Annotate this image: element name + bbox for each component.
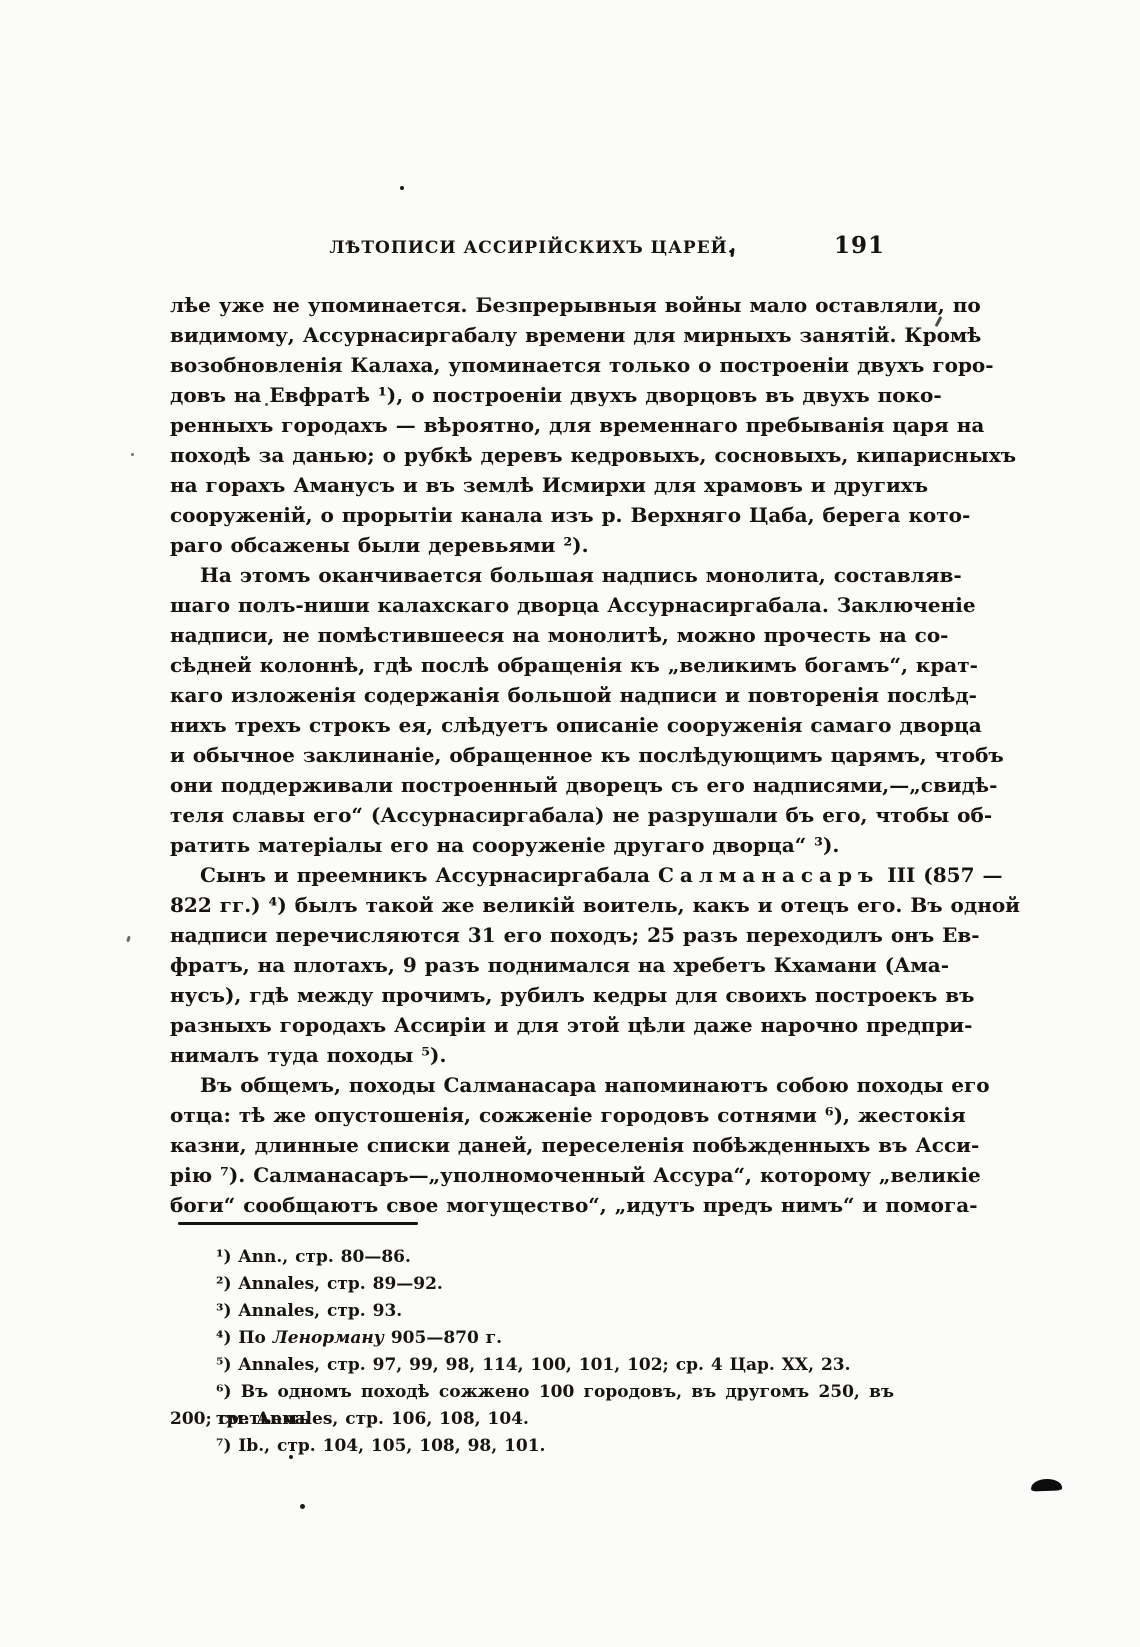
text-line: надписи, не помѣстившееся на монолитѣ, м… [170, 620, 894, 650]
text-segment: Салманасаръ [658, 863, 879, 887]
footnote-line: ⁶) Въ одномъ походѣ сожжено 100 городовъ… [170, 1379, 894, 1406]
text-line: возобновленія Калаха, упоминается только… [170, 350, 894, 380]
scan-speck [126, 936, 131, 943]
text-line: нималъ туда походы ⁵). [170, 1040, 894, 1070]
ink-blot [1031, 1478, 1062, 1491]
text-line: каго изложенія содержанія большой надпис… [170, 680, 894, 710]
text-line: шаго полъ-ниши калахскаго дворца Ассурна… [170, 590, 894, 620]
scan-speck [265, 403, 268, 406]
text-line: Сынъ и преемникъ Ассурнасиргабала Салман… [170, 860, 894, 890]
text-line: отца: тѣ же опустошенія, сожженіе городо… [170, 1100, 894, 1130]
page-number: 191 [834, 232, 885, 259]
text-line: казни, длинные списки даней, переселенія… [170, 1130, 894, 1160]
footnote-line: ²) Annales, стр. 89—92. [170, 1271, 894, 1298]
text-line: видимому, Ассурнасиргабалу времени для м… [170, 320, 894, 350]
footnote-line: ⁴) По Ленорману 905—870 г. [170, 1325, 894, 1352]
text-line: походѣ за данью; о рубкѣ деревъ кедровых… [170, 440, 894, 470]
text-line: раго обсажены были деревьями ²). [170, 530, 894, 560]
text-line: они поддерживали построенный дворецъ съ … [170, 770, 894, 800]
text-line: на горахъ Аманусъ и въ землѣ Исмирхи для… [170, 470, 894, 500]
text-line: нусъ), гдѣ между прочимъ, рубилъ кедры д… [170, 980, 894, 1010]
scan-speck [289, 1455, 293, 1459]
text-line: довъ на Евфратѣ ¹), о построеніи двухъ д… [170, 380, 894, 410]
text-line: разныхъ городахъ Ассиріи и для этой цѣли… [170, 1010, 894, 1040]
text-line: боги“ сообщаютъ свое могущество“, „идутъ… [170, 1190, 894, 1220]
footnote-line: ⁵) Annales, стр. 97, 99, 98, 114, 100, 1… [170, 1352, 894, 1379]
text-segment: III (857 — [879, 863, 1002, 887]
text-segment: 905—870 г. [384, 1328, 502, 1348]
text-segment: Сынъ и преемникъ Ассурнасиргабала [200, 863, 658, 887]
text-line: сѣдней колоннѣ, гдѣ послѣ обращенія къ „… [170, 650, 894, 680]
text-line: рію ⁷). Салманасаръ—„уполномоченный Ассу… [170, 1160, 894, 1190]
italic-text: Ленорману [273, 1328, 384, 1348]
text-line: ренныхъ городахъ — вѣроятно, для временн… [170, 410, 894, 440]
running-header-title: ЛѢТОПИСИ АССИРІЙСКИХЪ ЦАРЕЙ. [170, 236, 894, 260]
scan-speck [400, 186, 404, 190]
text-line: теля славы его“ (Ассурнасиргабала) не ра… [170, 800, 894, 830]
footnote-line: ³) Annales, стр. 93. [170, 1298, 894, 1325]
text-line: надписи перечисляются 31 его походъ; 25 … [170, 920, 894, 950]
text-segment: ⁴) По [216, 1328, 273, 1348]
footnotes: ¹) Ann., стр. 80—86.²) Annales, стр. 89—… [170, 1244, 894, 1460]
scan-speck [300, 1504, 305, 1509]
text-line: ратить матеріалы его на сооруженіе друга… [170, 830, 894, 860]
text-line: лѣе уже не упоминается. Безпрерывныя вой… [170, 290, 894, 320]
scan-speck [131, 453, 134, 456]
text-line: Въ общемъ, походы Салманасара напоминают… [170, 1070, 894, 1100]
footnote-separator-rule [178, 1222, 418, 1225]
footnote-line: 200; см. Annales, стр. 106, 108, 104. [170, 1406, 894, 1433]
footnote-line: ¹) Ann., стр. 80—86. [170, 1244, 894, 1271]
text-line: 822 гг.) ⁴) былъ такой же великій воител… [170, 890, 894, 920]
text-line: и обычное заклинаніе, обращенное къ посл… [170, 740, 894, 770]
body-text: лѣе уже не упоминается. Безпрерывныя вой… [170, 290, 894, 1220]
text-line: На этомъ оканчивается большая надпись мо… [170, 560, 894, 590]
text-line: фратъ, на плотахъ, 9 разъ поднимался на … [170, 950, 894, 980]
text-line: нихъ трехъ строкъ ея, слѣдуетъ описаніе … [170, 710, 894, 740]
footnote-line: ⁷) Ib., стр. 104, 105, 108, 98, 101. [170, 1433, 894, 1460]
text-line: сооруженій, о прорытіи канала изъ р. Вер… [170, 500, 894, 530]
running-header: ЛѢТОПИСИ АССИРІЙСКИХЪ ЦАРЕЙ. 191 [170, 236, 894, 262]
book-page: ЛѢТОПИСИ АССИРІЙСКИХЪ ЦАРЕЙ. 191 лѣе уже… [0, 0, 1140, 1647]
